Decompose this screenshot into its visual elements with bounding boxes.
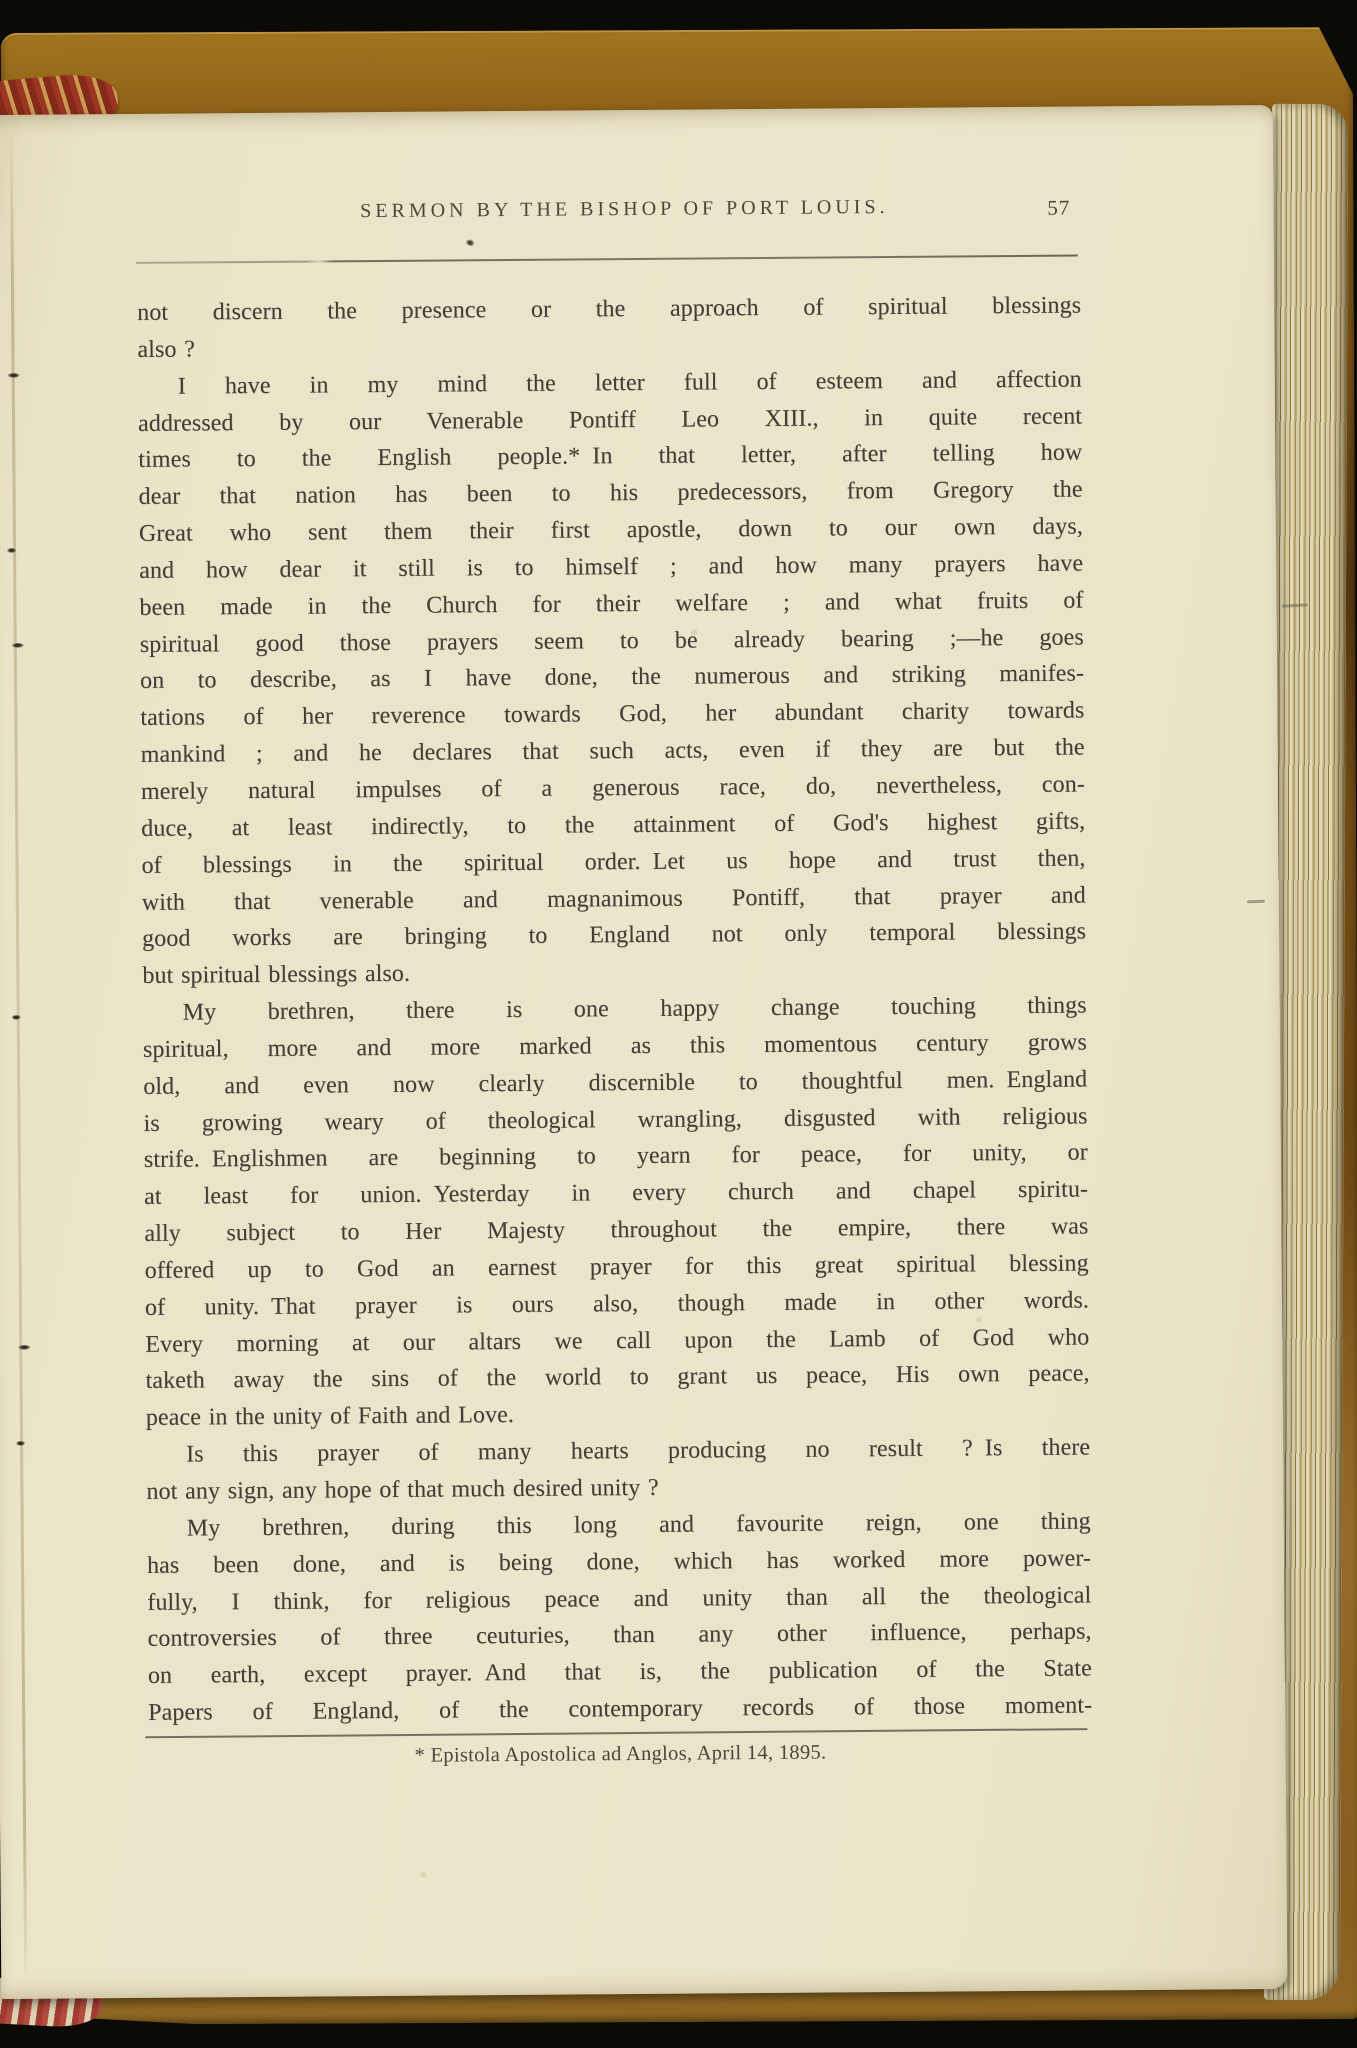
body-line: taketh away the sins of the world to gra… — [145, 1356, 1089, 1400]
stitch-mark — [16, 1441, 25, 1446]
body-line: Is this prayer of many hearts producing … — [146, 1430, 1090, 1474]
stitch-mark — [18, 1345, 30, 1350]
stitch-mark — [12, 643, 24, 648]
stitch-mark — [7, 548, 16, 553]
gutter-crease — [10, 131, 27, 1971]
foxing-spot — [691, 630, 698, 636]
body-text: not discern the presence or the approach… — [137, 287, 1092, 1731]
book-page: SERMON BY THE BISHOP OF PORT LOUIS. 57 n… — [0, 105, 1287, 1999]
book-scan: SERMON BY THE BISHOP OF PORT LOUIS. 57 n… — [0, 0, 1357, 2048]
body-line: Papers of England, of the contemporary r… — [148, 1688, 1092, 1732]
stitch-mark — [8, 373, 20, 378]
foxing-spot — [420, 1872, 426, 1878]
foxing-spot — [976, 1317, 982, 1322]
body-line: good works are bringing to England not o… — [142, 914, 1086, 958]
ink-mark — [465, 238, 476, 248]
stitch-mark — [12, 1015, 21, 1020]
body-line: not discern the presence or the approach… — [137, 287, 1081, 331]
running-header: SERMON BY THE BISHOP OF PORT LOUIS. — [152, 194, 1096, 224]
header-rule — [136, 255, 1078, 264]
page-number: 57 — [1047, 196, 1070, 221]
footnote: * Epistola Apostolica ad Anglos, April 1… — [148, 1739, 1092, 1769]
page-header: SERMON BY THE BISHOP OF PORT LOUIS. 57 — [136, 194, 1080, 231]
